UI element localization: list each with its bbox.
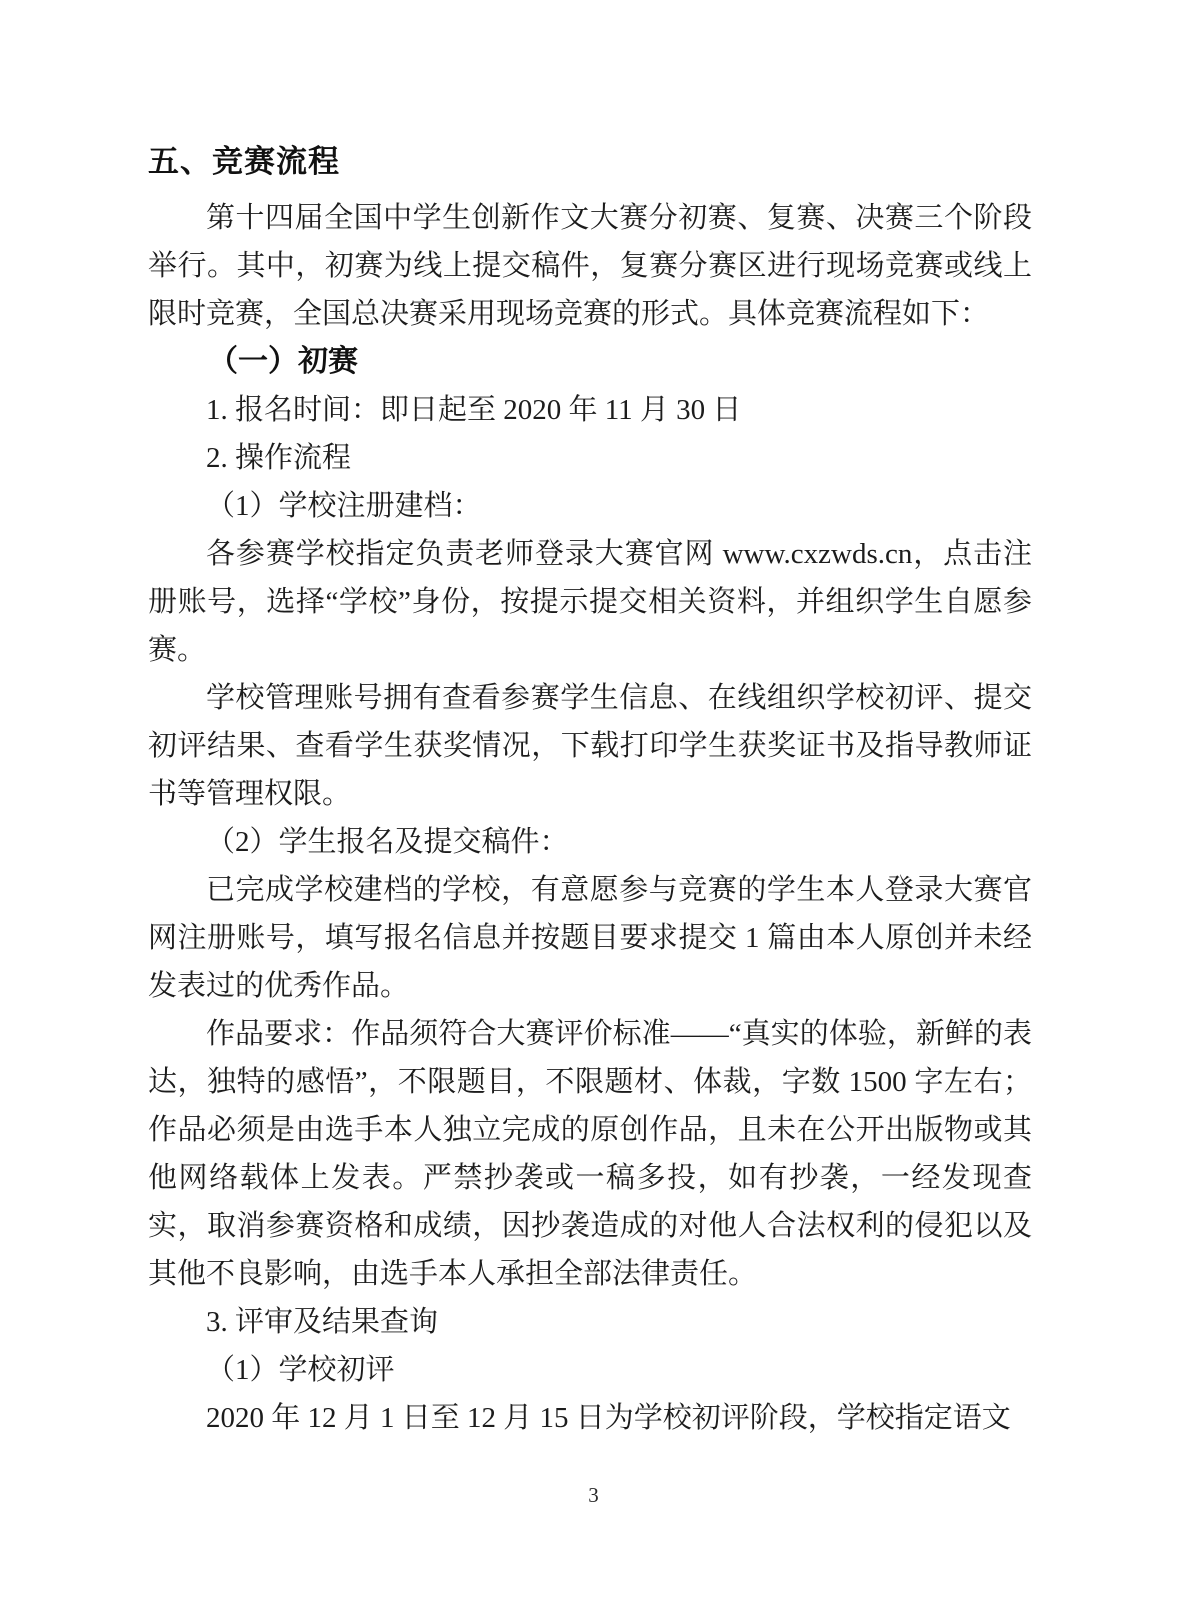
list-item: 2. 操作流程: [148, 434, 1032, 482]
document-page: 五、竞赛流程 第十四届全国中学生创新作文大赛分初赛、复赛、决赛三个阶段举行。其中…: [0, 0, 1187, 1600]
section-subheading: （一）初赛: [148, 338, 1032, 386]
document-body: 五、竞赛流程 第十四届全国中学生创新作文大赛分初赛、复赛、决赛三个阶段举行。其中…: [148, 138, 1032, 1442]
paragraph: 各参赛学校指定负责老师登录大赛官网 www.cxzwds.cn，点击注册账号，选…: [148, 530, 1032, 674]
list-item: （2）学生报名及提交稿件：: [148, 818, 1032, 866]
list-item: 1. 报名时间：即日起至 2020 年 11 月 30 日: [148, 386, 1032, 434]
paragraph: 2020 年 12 月 1 日至 12 月 15 日为学校初评阶段，学校指定语文: [148, 1394, 1032, 1442]
list-item: 3. 评审及结果查询: [148, 1298, 1032, 1346]
paragraph: 已完成学校建档的学校，有意愿参与竞赛的学生本人登录大赛官网注册账号，填写报名信息…: [148, 866, 1032, 1010]
section-heading: 五、竞赛流程: [148, 138, 1032, 185]
paragraph: 作品要求：作品须符合大赛评价标准——“真实的体验，新鲜的表达，独特的感悟”，不限…: [148, 1010, 1032, 1298]
list-item: （1）学校注册建档：: [148, 482, 1032, 530]
page-number: 3: [0, 1483, 1187, 1508]
list-item: （1）学校初评: [148, 1346, 1032, 1394]
paragraph: 学校管理账号拥有查看参赛学生信息、在线组织学校初评、提交初评结果、查看学生获奖情…: [148, 674, 1032, 818]
paragraph: 第十四届全国中学生创新作文大赛分初赛、复赛、决赛三个阶段举行。其中，初赛为线上提…: [148, 194, 1032, 338]
